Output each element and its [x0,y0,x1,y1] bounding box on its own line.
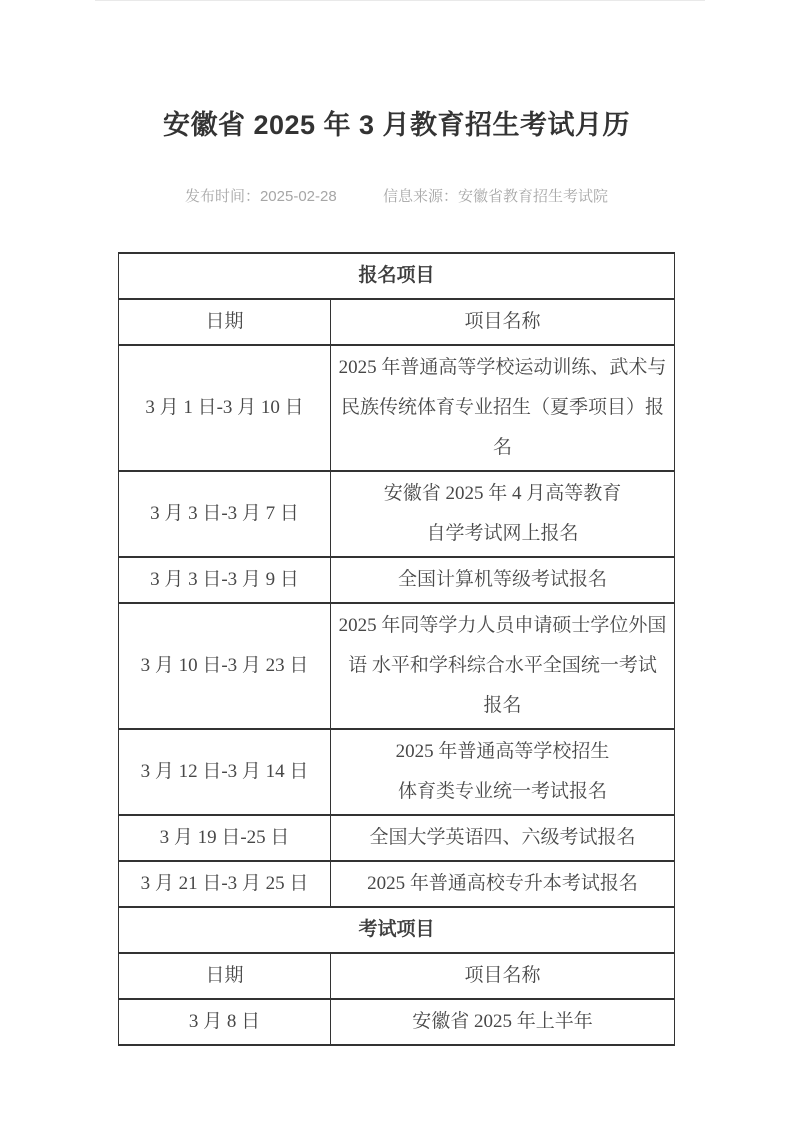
row-date: 3 月 21 日-3 月 25 日 [118,861,330,907]
table-row: 3 月 21 日-3 月 25 日 2025 年普通高校专升本考试报名 [118,861,674,907]
section-header-row: 报名项目 [118,253,674,299]
column-header-name: 项目名称 [330,299,674,345]
page-title: 安徽省 2025 年 3 月教育招生考试月历 [0,108,793,142]
row-name: 安徽省 2025 年 4 月高等教育 自学考试网上报名 [330,471,674,557]
publish-time: 发布时间：2025-02-28 [185,188,337,205]
publish-time-label: 发布时间： [185,188,260,205]
column-header-date: 日期 [118,299,330,345]
row-name: 安徽省 2025 年上半年 [330,999,674,1045]
section-header-exams: 考试项目 [118,907,674,953]
row-date: 3 月 12 日-3 月 14 日 [118,729,330,815]
page-top-edge [95,0,705,1]
table-row: 3 月 19 日-25 日 全国大学英语四、六级考试报名 [118,815,674,861]
row-date: 3 月 3 日-3 月 9 日 [118,557,330,603]
column-header-date: 日期 [118,953,330,999]
table-row: 3 月 12 日-3 月 14 日 2025 年普通高等学校招生 体育类专业统一… [118,729,674,815]
info-source-value: 安徽省教育招生考试院 [458,188,608,205]
table-row: 3 月 8 日 安徽省 2025 年上半年 [118,999,674,1045]
table-row: 3 月 3 日-3 月 7 日 安徽省 2025 年 4 月高等教育 自学考试网… [118,471,674,557]
info-source: 信息来源：安徽省教育招生考试院 [383,188,608,205]
row-name: 2025 年普通高等学校运动训练、武术与 民族传统体育专业招生（夏季项目）报 名 [330,345,674,471]
row-date: 3 月 1 日-3 月 10 日 [118,345,330,471]
row-name: 全国大学英语四、六级考试报名 [330,815,674,861]
info-source-label: 信息来源： [383,188,458,205]
section-header-row: 考试项目 [118,907,674,953]
row-date: 3 月 19 日-25 日 [118,815,330,861]
calendar-table: 报名项目 日期 项目名称 3 月 1 日-3 月 10 日 2025 年普通高等… [118,252,675,1046]
row-date: 3 月 8 日 [118,999,330,1045]
row-name: 全国计算机等级考试报名 [330,557,674,603]
publish-time-value: 2025-02-28 [260,188,337,205]
row-date: 3 月 10 日-3 月 23 日 [118,603,330,729]
table-row: 3 月 1 日-3 月 10 日 2025 年普通高等学校运动训练、武术与 民族… [118,345,674,471]
section-header-registration: 报名项目 [118,253,674,299]
row-date: 3 月 3 日-3 月 7 日 [118,471,330,557]
column-header-name: 项目名称 [330,953,674,999]
table-row: 3 月 10 日-3 月 23 日 2025 年同等学力人员申请硕士学位外国 语… [118,603,674,729]
row-name: 2025 年普通高校专升本考试报名 [330,861,674,907]
table-row: 3 月 3 日-3 月 9 日 全国计算机等级考试报名 [118,557,674,603]
column-header-row: 日期 项目名称 [118,299,674,345]
column-header-row: 日期 项目名称 [118,953,674,999]
row-name: 2025 年同等学力人员申请硕士学位外国 语 水平和学科综合水平全国统一考试 报… [330,603,674,729]
row-name: 2025 年普通高等学校招生 体育类专业统一考试报名 [330,729,674,815]
meta-line: 发布时间：2025-02-28 信息来源：安徽省教育招生考试院 [0,188,793,206]
